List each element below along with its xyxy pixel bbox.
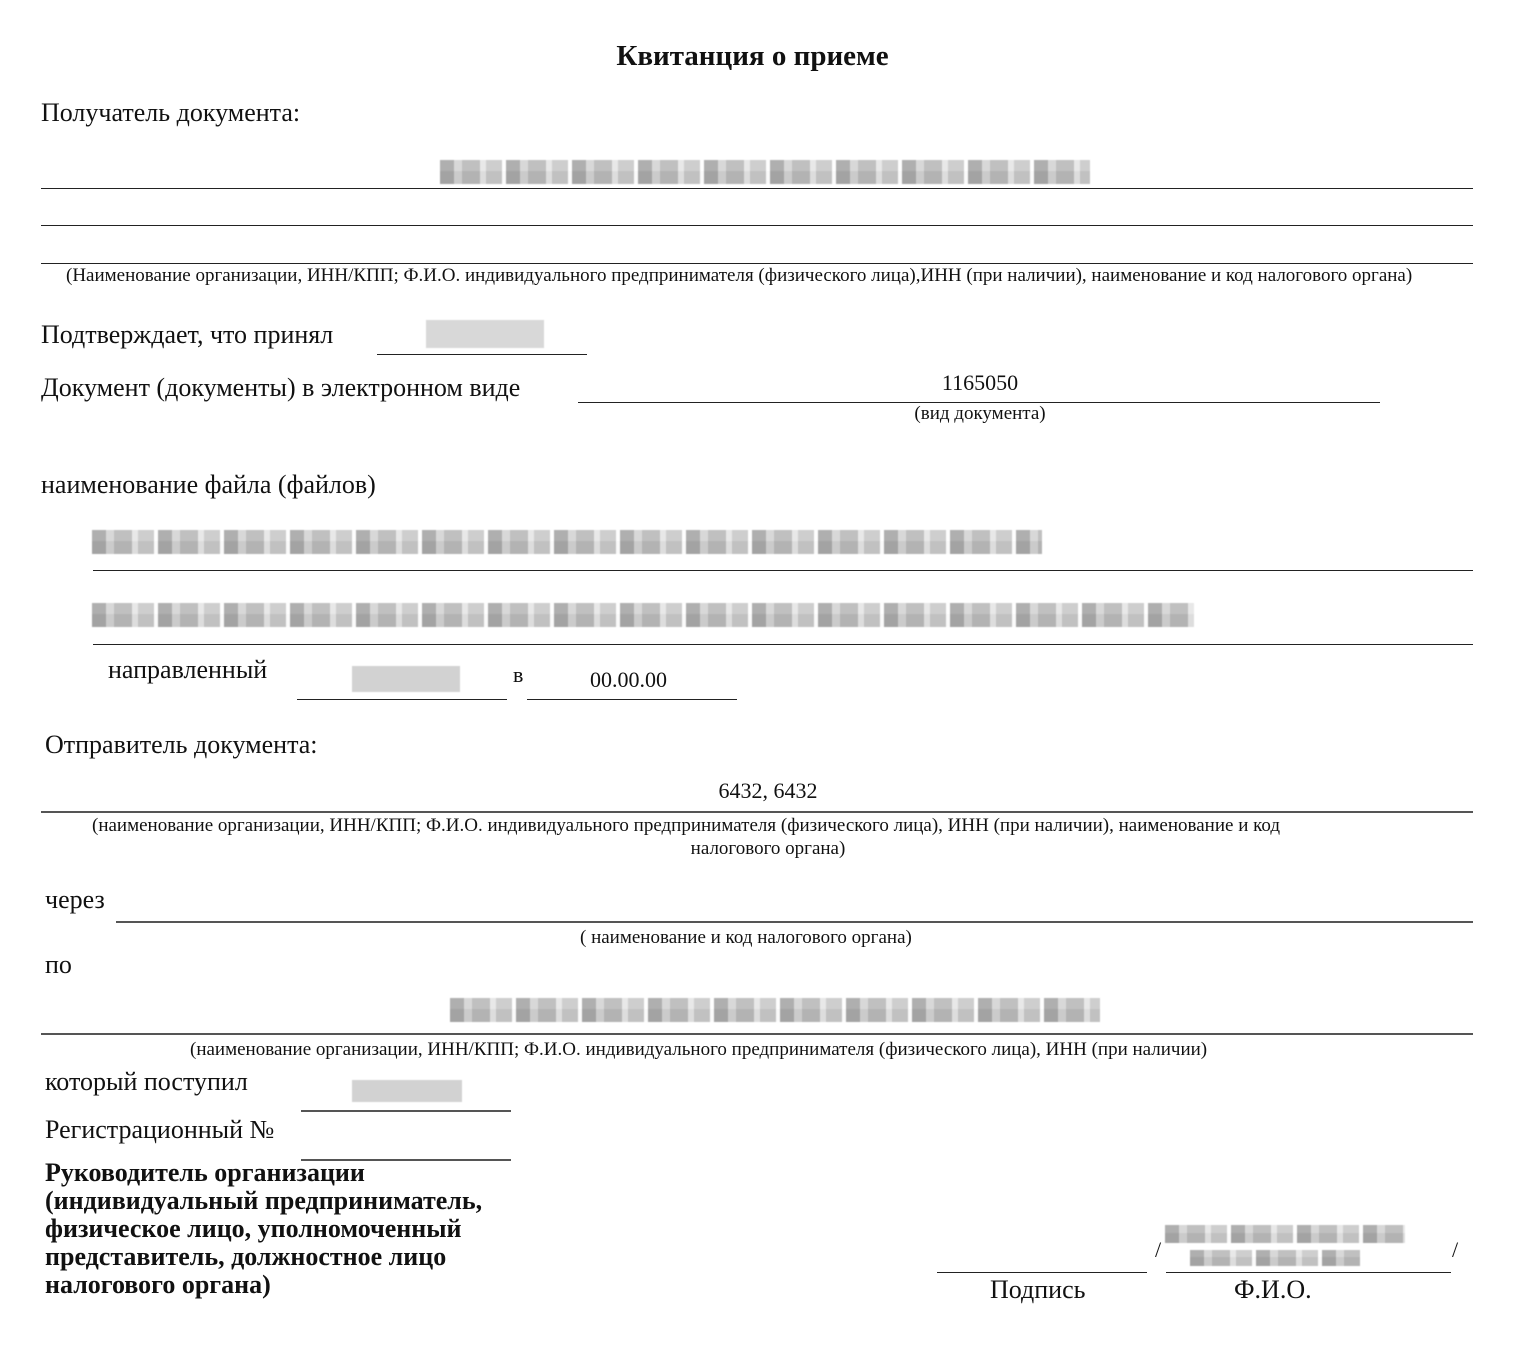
recipient-caption: (Наименование организации, ИНН/КПП; Ф.И.… — [66, 265, 1412, 287]
confirms-label: Подтверждает, что принял — [41, 320, 333, 350]
on-behalf-label: по — [45, 950, 72, 980]
document-type-caption: (вид документа) — [880, 403, 1080, 425]
via-caption: ( наименование и код налогового органа) — [580, 927, 912, 949]
document-title: Квитанция о приеме — [0, 40, 1505, 73]
sender-label: Отправитель документа: — [45, 730, 318, 760]
on-behalf-caption: (наименование организации, ИНН/КПП; Ф.И.… — [190, 1039, 1207, 1061]
recipient-label: Получатель документа: — [41, 98, 300, 128]
name-redacted-line-1 — [1165, 1225, 1405, 1243]
confirms-value-redacted — [426, 320, 544, 348]
file-name-2-redacted — [92, 603, 1194, 627]
file-name-line-1 — [93, 570, 1473, 571]
electronic-document-label: Документ (документы) в электронном виде — [41, 373, 520, 403]
signature-separator-2: / — [1452, 1237, 1458, 1263]
file-name-line-2 — [93, 644, 1473, 645]
sent-time: 00.00.00 — [590, 667, 667, 693]
confirms-line — [377, 354, 587, 355]
name-caption: Ф.И.О. — [1234, 1275, 1312, 1305]
file-names-label: наименование файла (файлов) — [41, 470, 376, 500]
sender-caption-line-1: (наименование организации, ИНН/КПП; Ф.И.… — [92, 815, 1280, 837]
signature-line — [937, 1272, 1147, 1273]
sent-at-label: в — [513, 662, 523, 688]
signatory-block: Руководитель организации (индивидуальный… — [45, 1159, 525, 1299]
via-line — [116, 921, 1473, 923]
sender-line — [41, 811, 1473, 813]
signature-separator-1: / — [1155, 1237, 1161, 1263]
on-behalf-value-redacted — [450, 998, 1100, 1022]
recipient-line-2 — [41, 225, 1473, 226]
signatory-line-3: физическое лицо, уполномоченный — [45, 1215, 525, 1243]
name-line — [1166, 1272, 1451, 1273]
signatory-line-2: (индивидуальный предприниматель, — [45, 1187, 525, 1215]
sent-time-line — [527, 699, 737, 700]
recipient-line-3 — [41, 263, 1473, 264]
signature-caption: Подпись — [990, 1275, 1085, 1305]
via-label: через — [45, 885, 105, 915]
sender-value: 6432, 6432 — [668, 778, 868, 804]
received-line — [301, 1110, 511, 1112]
sent-date-redacted — [352, 666, 460, 692]
signatory-line-4: представитель, должностное лицо — [45, 1243, 525, 1271]
sender-caption-line-2: налогового органа) — [568, 838, 968, 860]
file-name-1-redacted — [92, 530, 1042, 554]
recipient-line-1 — [41, 188, 1473, 189]
received-value-redacted — [352, 1080, 462, 1102]
registration-label: Регистрационный № — [45, 1115, 274, 1145]
sent-date-line — [297, 699, 507, 700]
signatory-line-5: налогового органа) — [45, 1271, 525, 1299]
name-redacted-line-2 — [1190, 1250, 1360, 1266]
received-label: который поступил — [45, 1067, 248, 1097]
on-behalf-line — [41, 1033, 1473, 1035]
sent-label: направленный — [108, 655, 267, 685]
document-type-code: 1165050 — [880, 370, 1080, 396]
signatory-line-1: Руководитель организации — [45, 1159, 525, 1187]
recipient-value-redacted — [440, 160, 1090, 184]
